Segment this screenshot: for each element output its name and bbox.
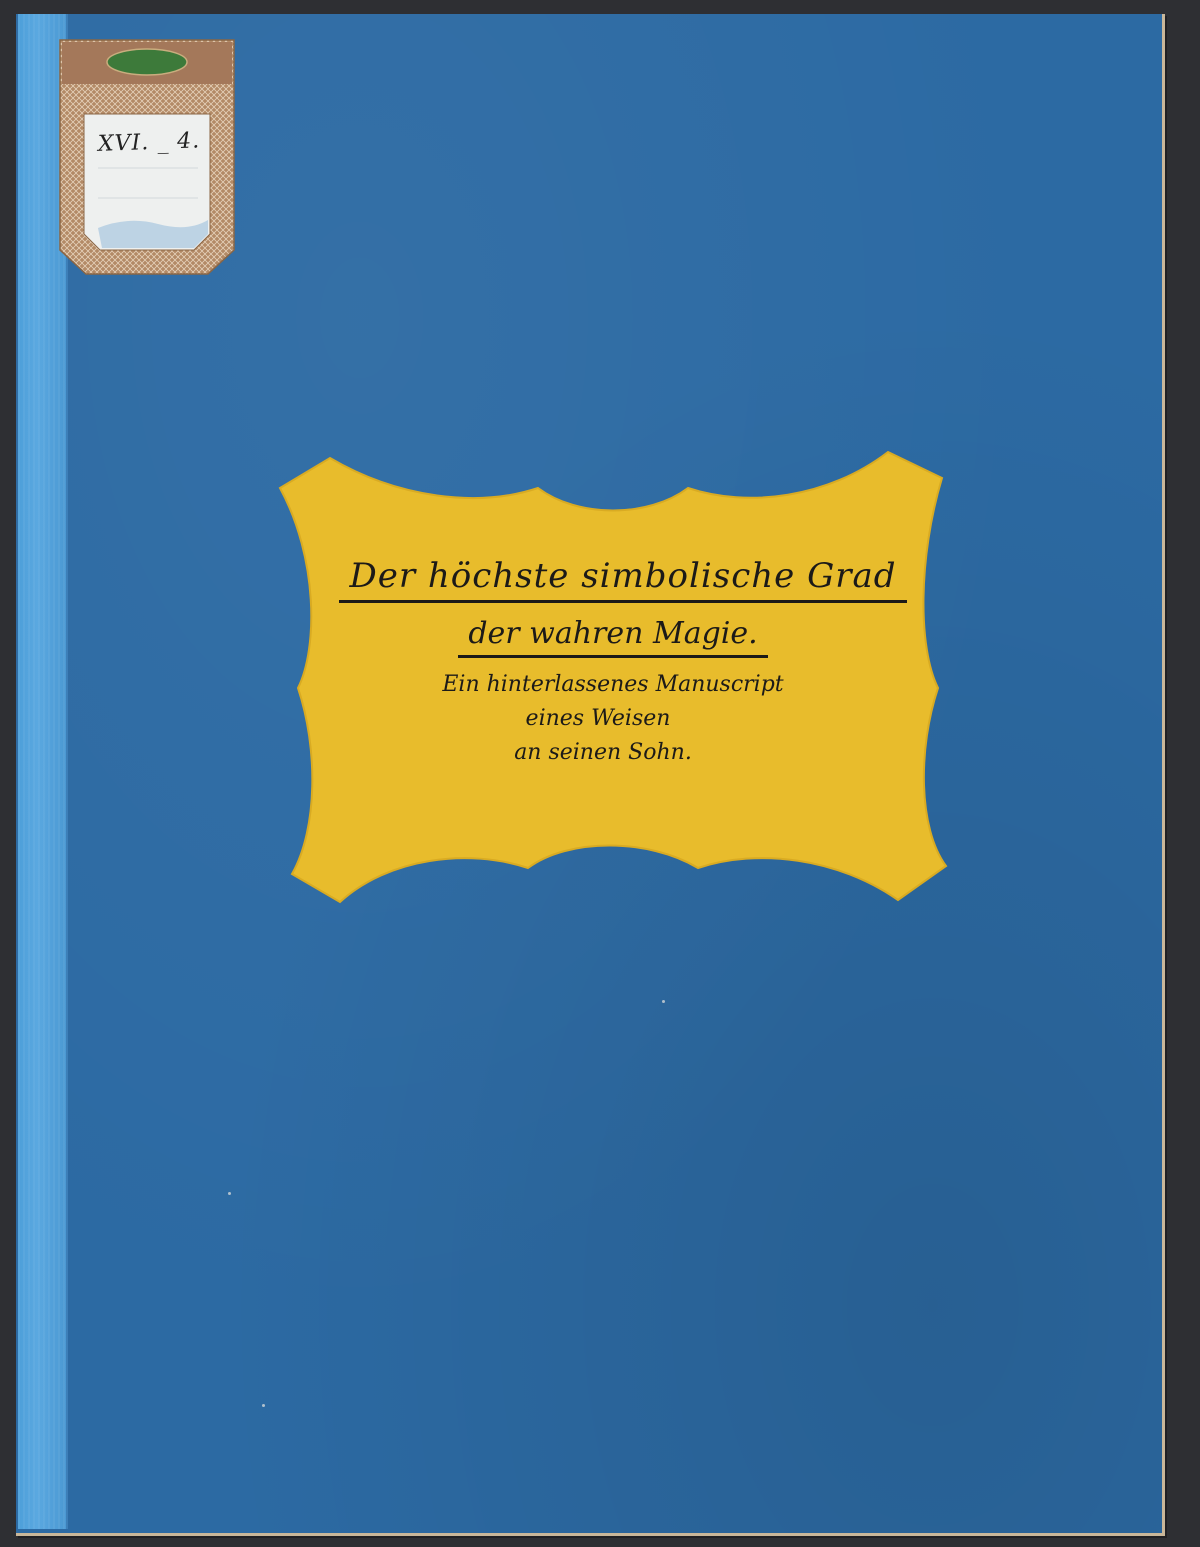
title-plate: Der höchste simbolische Grad der wahren … xyxy=(278,448,948,906)
shelfmark-number: XVI. _ 4. xyxy=(98,128,209,157)
title-line-2: der wahren Magie. xyxy=(278,616,948,651)
subtitle-line-3: an seinen Sohn. xyxy=(278,740,948,765)
ornamental-label-frame-icon xyxy=(58,38,236,276)
paper-speck xyxy=(662,1000,665,1003)
subtitle-line-2: eines Weisen xyxy=(278,706,948,731)
paper-speck xyxy=(228,1192,231,1195)
shelfmark-label: XVI. _ 4. xyxy=(58,38,236,276)
title-line-1: Der höchste simbolische Grad xyxy=(278,556,948,596)
subtitle-line-1: Ein hinterlassenes Manuscript xyxy=(278,672,948,697)
paper-speck xyxy=(262,1404,265,1407)
